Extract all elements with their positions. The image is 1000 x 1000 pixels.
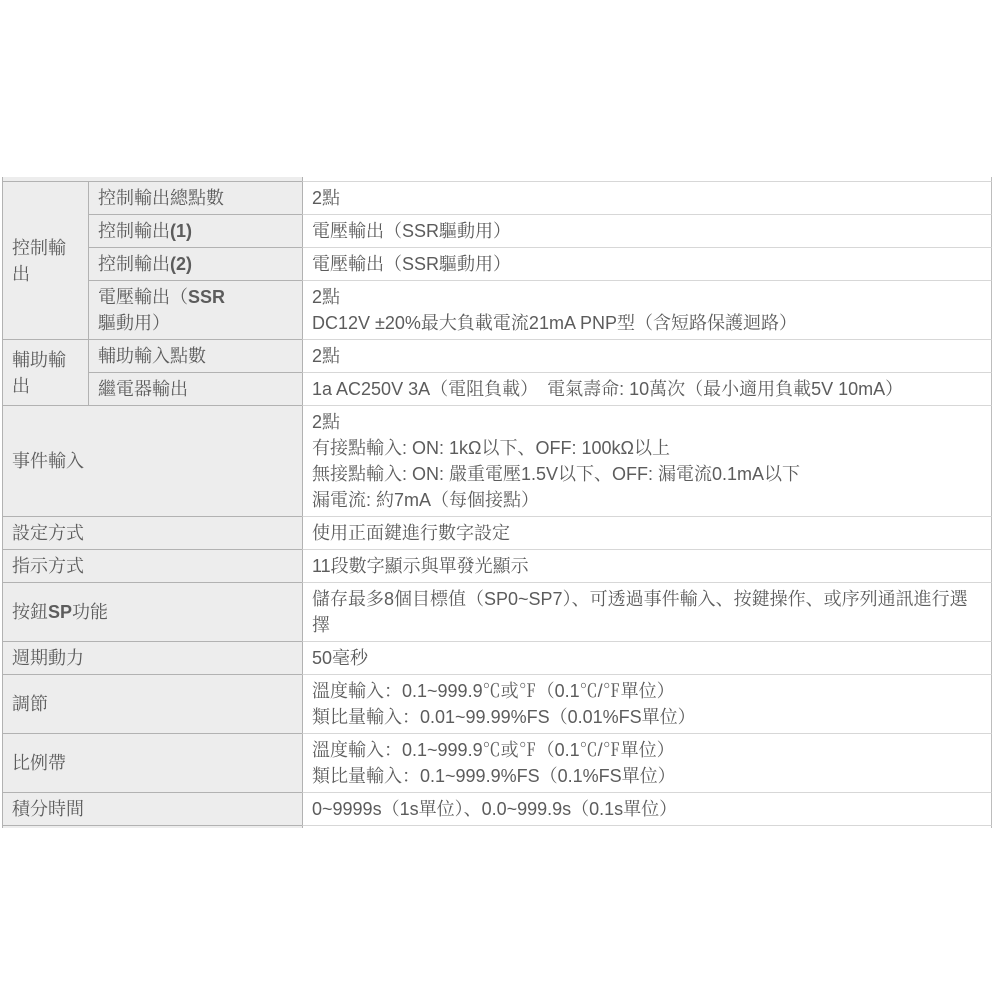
table-row: 按鈕SP功能 儲存最多8個目標值（SP0~SP7）、可透過事件輸入、按鍵操作、或… (2, 582, 992, 641)
table-row: 設定方式 使用正面鍵進行數字設定 (2, 516, 992, 549)
page: 控制輸出 控制輸出總點數 2點 控制輸出(1) 電壓輸出（SSR驅動用） 控制輸… (0, 0, 1000, 1000)
row-label-cell: 調節 (2, 674, 302, 733)
value-line: 1a AC250V 3A（電阻負載） 電氣壽命: 10萬次（最小適用負載5V 1… (312, 376, 983, 402)
table-row: 比例帶 溫度輸入：0.1~999.9℃或℉（0.1℃/℉單位） 類比量輸入：0.… (2, 733, 992, 792)
table-row: 控制輸出 控制輸出總點數 2點 (2, 181, 992, 214)
row-label-cell: 設定方式 (2, 516, 302, 549)
sub-label-cell: 控制輸出(1) (88, 214, 302, 247)
value-cell: 1a AC250V 3A（電阻負載） 電氣壽命: 10萬次（最小適用負載5V 1… (302, 372, 992, 405)
value-cell: 2點 DC12V ±20%最大負載電流21mA PNP型（含短路保護迴路） (302, 280, 992, 339)
table-row: 控制輸出(2) 電壓輸出（SSR驅動用） (2, 247, 992, 280)
value-line: 電壓輸出（SSR驅動用） (312, 251, 983, 277)
value-cell: 溫度輸入：0.1~999.9℃或℉（0.1℃/℉單位） 類比量輸入：0.1~99… (302, 733, 992, 792)
sub-label-cell: 輔助輸入點數 (88, 339, 302, 372)
value-line: 溫度輸入：0.1~999.9℃或℉（0.1℃/℉單位） (312, 678, 983, 704)
group-label-cell: 控制輸出 (2, 181, 88, 339)
row-label-cell: 比例帶 (2, 733, 302, 792)
value-cell: 電壓輸出（SSR驅動用） (302, 247, 992, 280)
partial-value-cell (302, 825, 992, 828)
table-row: 繼電器輸出 1a AC250V 3A（電阻負載） 電氣壽命: 10萬次（最小適用… (2, 372, 992, 405)
value-line: 類比量輸入：0.01~99.99%FS（0.01%FS單位） (312, 704, 983, 730)
value-line: 溫度輸入：0.1~999.9℃或℉（0.1℃/℉單位） (312, 737, 983, 763)
value-cell: 2點 有接點輸入: ON: 1kΩ以下、OFF: 100kΩ以上 無接點輸入: … (302, 405, 992, 516)
value-cell: 0~9999s（1s單位）、0.0~999.9s（0.1s單位） (302, 792, 992, 825)
sub-label-cell: 控制輸出總點數 (88, 181, 302, 214)
row-label-cell: 積分時間 (2, 792, 302, 825)
value-line: 50毫秒 (312, 645, 983, 671)
row-label-cell: 按鈕SP功能 (2, 582, 302, 641)
value-cell: 2點 (302, 339, 992, 372)
value-line: 漏電流: 約7mA（每個接點） (312, 487, 983, 513)
value-line: DC12V ±20%最大負載電流21mA PNP型（含短路保護迴路） (312, 310, 983, 336)
value-line: 0~9999s（1s單位）、0.0~999.9s（0.1s單位） (312, 796, 983, 822)
sub-label-cell: 繼電器輸出 (88, 372, 302, 405)
value-cell: 溫度輸入：0.1~999.9℃或℉（0.1℃/℉單位） 類比量輸入：0.01~9… (302, 674, 992, 733)
table-row: 輔助輸出 輔助輸入點數 2點 (2, 339, 992, 372)
group-label-cell: 輔助輸出 (2, 339, 88, 405)
row-label-cell: 指示方式 (2, 549, 302, 582)
spec-table: 控制輸出 控制輸出總點數 2點 控制輸出(1) 電壓輸出（SSR驅動用） 控制輸… (2, 177, 992, 828)
value-line: 電壓輸出（SSR驅動用） (312, 218, 983, 244)
sub-label-cell: 電壓輸出（SSR驅動用） (88, 280, 302, 339)
value-line: 2點 (312, 284, 983, 310)
table-row: 控制輸出(1) 電壓輸出（SSR驅動用） (2, 214, 992, 247)
value-line: 有接點輸入: ON: 1kΩ以下、OFF: 100kΩ以上 (312, 435, 983, 461)
row-label-cell: 事件輸入 (2, 405, 302, 516)
value-line: 儲存最多8個目標值（SP0~SP7）、可透過事件輸入、按鍵操作、或序列通訊進行選… (312, 586, 983, 638)
value-cell: 電壓輸出（SSR驅動用） (302, 214, 992, 247)
value-line: 11段數字顯示與單發光顯示 (312, 553, 983, 579)
sub-label-cell: 控制輸出(2) (88, 247, 302, 280)
table-row: 調節 溫度輸入：0.1~999.9℃或℉（0.1℃/℉單位） 類比量輸入：0.0… (2, 674, 992, 733)
table-row: 電壓輸出（SSR驅動用） 2點 DC12V ±20%最大負載電流21mA PNP… (2, 280, 992, 339)
value-line: 2點 (312, 343, 983, 369)
partial-label-cell (2, 825, 302, 828)
value-cell: 儲存最多8個目標值（SP0~SP7）、可透過事件輸入、按鍵操作、或序列通訊進行選… (302, 582, 992, 641)
table-row: 週期動力 50毫秒 (2, 641, 992, 674)
value-line: 類比量輸入：0.1~999.9%FS（0.1%FS單位） (312, 763, 983, 789)
table-row: 事件輸入 2點 有接點輸入: ON: 1kΩ以下、OFF: 100kΩ以上 無接… (2, 405, 992, 516)
row-label-cell: 週期動力 (2, 641, 302, 674)
value-line: 使用正面鍵進行數字設定 (312, 520, 983, 546)
table-row-partial-bottom (2, 825, 992, 828)
value-line: 2點 (312, 409, 983, 435)
value-line: 2點 (312, 185, 983, 211)
value-cell: 11段數字顯示與單發光顯示 (302, 549, 992, 582)
table-row: 積分時間 0~9999s（1s單位）、0.0~999.9s（0.1s單位） (2, 792, 992, 825)
value-cell: 50毫秒 (302, 641, 992, 674)
value-cell: 使用正面鍵進行數字設定 (302, 516, 992, 549)
table-row: 指示方式 11段數字顯示與單發光顯示 (2, 549, 992, 582)
value-cell: 2點 (302, 181, 992, 214)
value-line: 無接點輸入: ON: 嚴重電壓1.5V以下、OFF: 漏電流0.1mA以下 (312, 461, 983, 487)
